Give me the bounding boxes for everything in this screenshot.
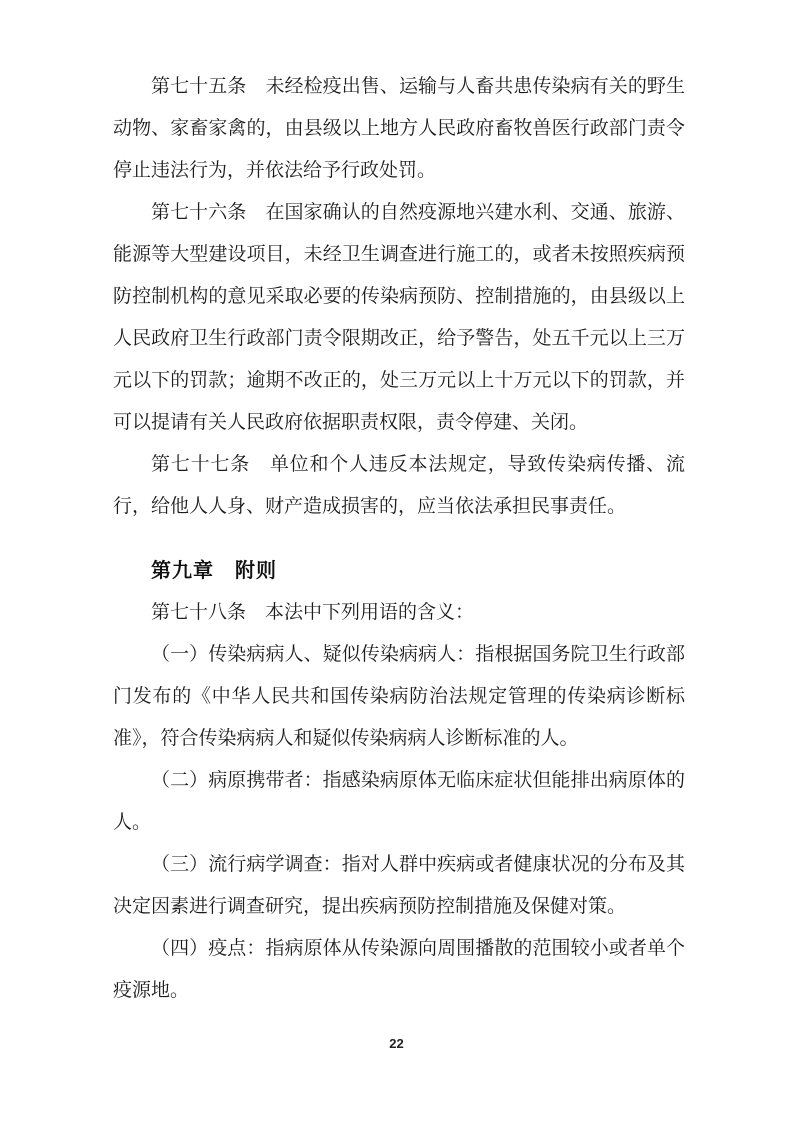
page-number: 22 [0, 1036, 793, 1051]
article-76-paragraph: 第七十六条 在国家确认的自然疫源地兴建水利、交通、旅游、能源等大型建设项目，未经… [113, 192, 685, 444]
definition-item-1: （一）传染病病人、疑似传染病病人：指根据国务院卫生行政部门发布的《中华人民共和国… [113, 634, 685, 760]
definition-item-2: （二）病原携带者：指感染病原体无临床症状但能排出病原体的人。 [113, 760, 685, 844]
chapter-9-heading: 第九章 附则 [113, 550, 685, 592]
definition-item-4: （四）疫点：指病原体从传染源向周围播散的范围较小或者单个疫源地。 [113, 928, 685, 1012]
article-77-paragraph: 第七十七条 单位和个人违反本法规定，导致传染病传播、流行，给他人人身、财产造成损… [113, 444, 685, 528]
definition-item-3: （三）流行病学调查：指对人群中疾病或者健康状况的分布及其决定因素进行调查研究，提… [113, 844, 685, 928]
article-78-paragraph: 第七十八条 本法中下列用语的含义： [113, 592, 685, 634]
document-body: 第七十五条 未经检疫出售、运输与人畜共患传染病有关的野生动物、家畜家禽的，由县级… [113, 66, 685, 1012]
article-75-paragraph: 第七十五条 未经检疫出售、运输与人畜共患传染病有关的野生动物、家畜家禽的，由县级… [113, 66, 685, 192]
document-page: 第七十五条 未经检疫出售、运输与人畜共患传染病有关的野生动物、家畜家禽的，由县级… [0, 0, 793, 1122]
